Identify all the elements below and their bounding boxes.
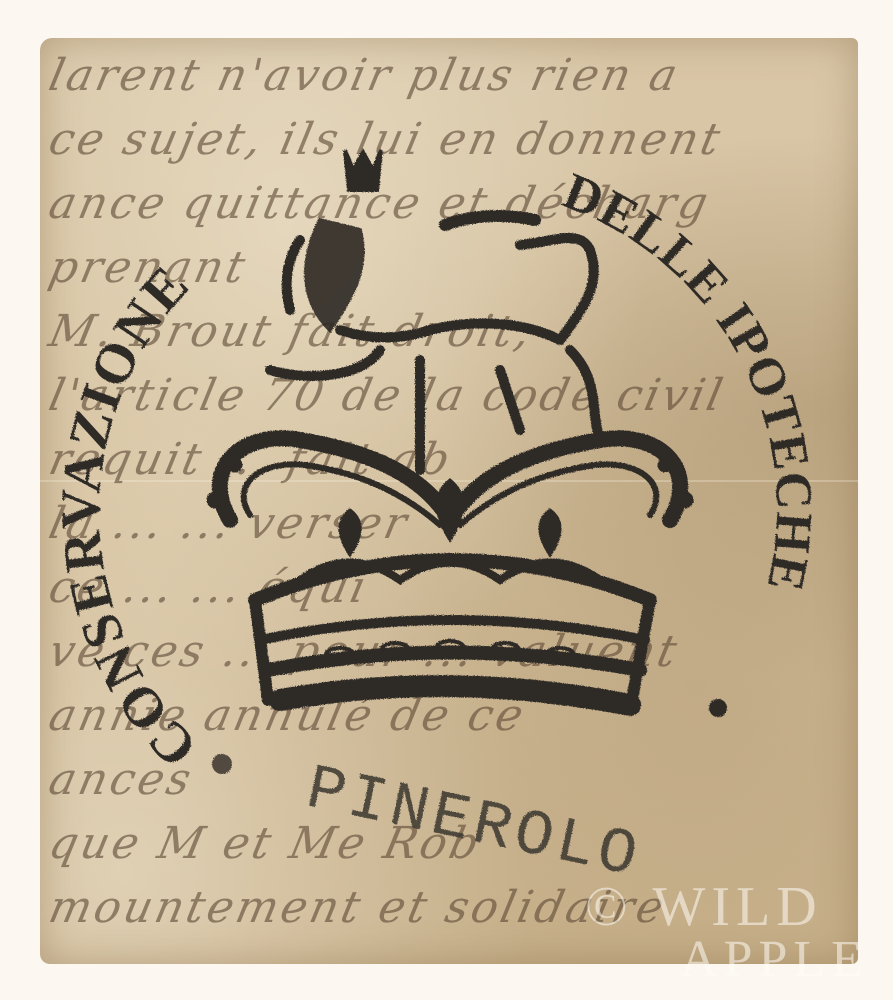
watermark-line2-wrap: APPLE — [680, 930, 869, 989]
postal-stamp: CONSERVAZIONE DELLE IPOTECHE PINEROLO — [0, 0, 893, 1000]
stamp-arc-left-text: CONSERVAZIONE — [50, 253, 209, 779]
crown-emblem — [207, 438, 693, 705]
lion-emblem — [270, 150, 600, 470]
watermark-line1: © WILD — [585, 876, 823, 938]
stamp-arc-right-text: DELLE IPOTECHE — [555, 163, 822, 597]
watermark-line2: APPLE — [680, 931, 869, 988]
artwork-canvas: larent n'avoir plus rien ace sujet, ils … — [0, 0, 893, 1000]
stamp-bottom-text: PINEROLO — [300, 754, 647, 895]
